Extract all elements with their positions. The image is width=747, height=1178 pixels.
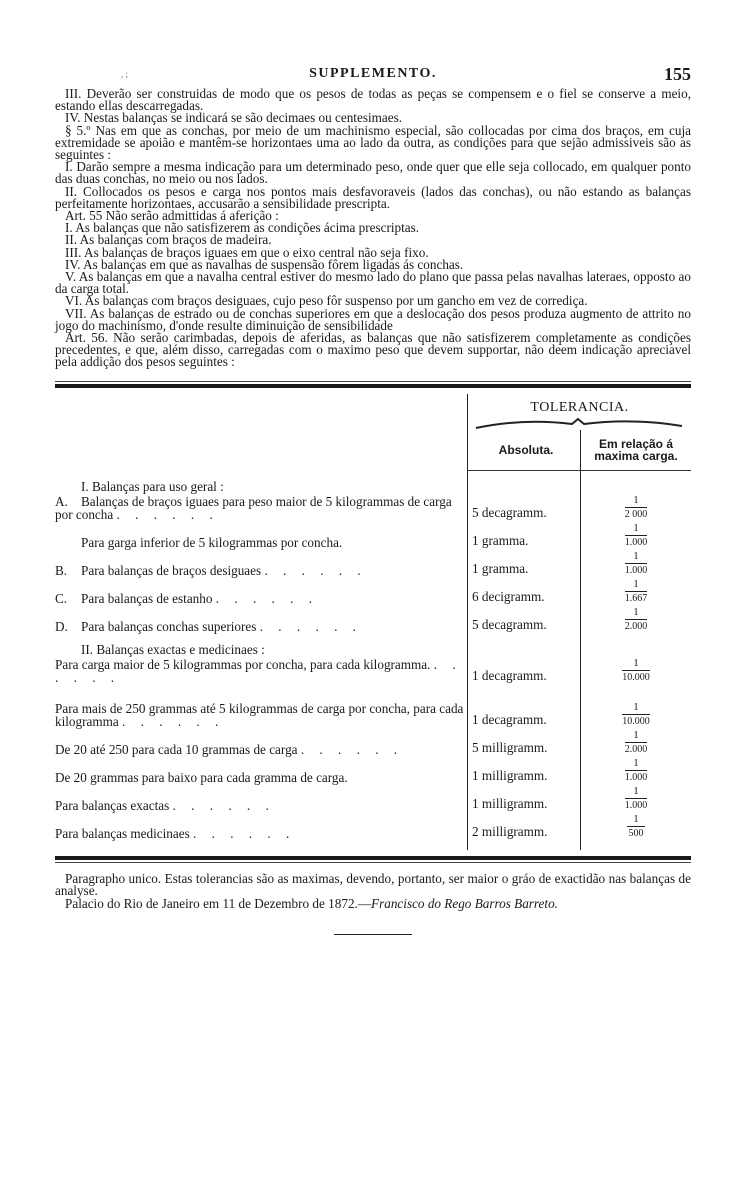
relative-fraction: 11.000	[625, 758, 648, 783]
relative-fraction: 110.000	[622, 702, 650, 727]
paragraph: V. As balanças em que a navalha central …	[55, 271, 691, 295]
relative-fraction: 12 000	[625, 495, 648, 520]
absolute-value: 1 gramma.	[468, 521, 581, 549]
table-row: Para balanças medicinaes . . . . . .	[55, 812, 468, 850]
relative-fraction: 11.000	[625, 786, 648, 811]
table-row: Para balanças exactas . . . . . .	[55, 784, 468, 812]
paragraph: § 5.º Nas em que as conchas, por meio de…	[55, 125, 691, 162]
absolute-value: 5 milligramm.	[468, 728, 581, 756]
relative-fraction: 11.000	[625, 551, 648, 576]
table-row: C.Para balanças de estanho . . . . . .	[55, 577, 468, 605]
absolute-value: 5 decagramm.	[468, 493, 581, 521]
col-relative-header: Em relação á maxima carga.	[581, 430, 692, 471]
tolerance-table: TOLERANCIA. Absoluta. Em relação á maxim…	[55, 394, 691, 851]
absolute-value: 6 decigramm.	[468, 577, 581, 605]
absolute-value: 1 milligramm.	[468, 784, 581, 812]
absolute-value: 1 milligramm.	[468, 756, 581, 784]
relative-fraction: 12.000	[625, 730, 648, 755]
table-row: B.Para balanças de braços desiguaes . . …	[55, 549, 468, 577]
table-row: Para garga inferior de 5 kilogrammas por…	[55, 521, 468, 549]
page-number: 155	[664, 64, 691, 85]
paragraph: VII. As balanças de estrado ou de concha…	[55, 308, 691, 332]
relative-fraction: 11.000	[625, 523, 648, 548]
body-text: III. Deverão ser construidas de modo que…	[55, 88, 691, 369]
signature: Francisco do Rego Barros Barreto.	[371, 896, 558, 911]
signoff: Palacio do Rio de Janeiro em 11 de Dezem…	[55, 898, 691, 910]
page-title: SUPPLEMENTO.	[55, 66, 691, 82]
relative-fraction: 110.000	[622, 658, 650, 683]
col-absolute-header: Absoluta.	[468, 430, 581, 471]
absolute-value: 1 gramma.	[468, 549, 581, 577]
absolute-value: 1 decagramm.	[468, 656, 581, 684]
absolute-value: 2 milligramm.	[468, 812, 581, 850]
section-title: I. Balanças para uso geral :	[55, 470, 468, 493]
relative-fraction: 1500	[627, 814, 645, 839]
document-page: , ; SUPPLEMENTO. 155 III. Deverão ser co…	[55, 66, 691, 935]
paragraph: II. Collocados os pesos e carga nos pont…	[55, 186, 691, 210]
paragraph: III. Deverão ser construidas de modo que…	[55, 88, 691, 112]
table-row: Para mais de 250 grammas até 5 kilogramm…	[55, 684, 468, 728]
table-row: De 20 até 250 para cada 10 grammas de ca…	[55, 728, 468, 756]
tolerance-header: TOLERANCIA.	[468, 394, 691, 416]
end-rule	[334, 934, 412, 936]
relative-fraction: 12.000	[625, 607, 648, 632]
paragrapho-unico: Paragrapho unico. Estas tolerancias são …	[55, 873, 691, 897]
absolute-value: 5 decagramm.	[468, 605, 581, 633]
paragraph: I. Darão sempre a mesma indicação para u…	[55, 161, 691, 185]
table-row: D.Para balanças conchas superiores . . .…	[55, 605, 468, 633]
page-header: , ; SUPPLEMENTO. 155	[55, 66, 691, 84]
table-bottom-rule	[55, 856, 691, 863]
absolute-value: 1 decagramm.	[468, 684, 581, 728]
brace-icon	[468, 416, 691, 430]
table-top-rule	[55, 381, 691, 388]
table-row: De 20 grammas para baixo para cada gramm…	[55, 756, 468, 784]
footer-text: Paragrapho unico. Estas tolerancias são …	[55, 873, 691, 910]
section-title: II. Balanças exactas e medicinaes :	[55, 633, 468, 656]
relative-fraction: 11.667	[625, 579, 648, 604]
table-row: A.Balanças de braços iguaes para peso ma…	[55, 493, 468, 521]
table-row: Para carga maior de 5 kilogrammas por co…	[55, 656, 468, 684]
paragraph: Art. 56. Não serão carimbadas, depois de…	[55, 332, 691, 369]
